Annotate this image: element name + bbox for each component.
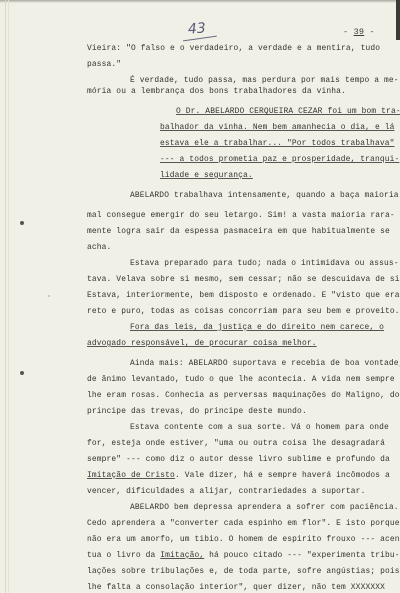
text-line: Fora das leis, da justiça e do direito n… xyxy=(130,323,384,333)
text-line: Estava contente com a sua sorte. Vá o ho… xyxy=(130,423,389,433)
text-line: Ainda mais: ABELARDO suportava e recebia… xyxy=(130,359,400,369)
text-line: não era um amorfo, um tibio. O homem de … xyxy=(87,535,400,545)
text-line: balhador da vinha. Nem bem amanhecia o d… xyxy=(160,123,395,133)
text-line: Estava preparado para tudo; nada o intim… xyxy=(130,259,399,269)
text-line: lhe eram rosas. Conhecia as perversas ma… xyxy=(87,391,400,401)
text-line: mal consegue emergir do seu letargo. Sim… xyxy=(87,211,395,221)
typed-page-number: - 39 - xyxy=(343,27,375,37)
page-number-prefix: - xyxy=(343,27,354,37)
text-line: Vieira: "O falso e o verdadeiro, a verda… xyxy=(87,44,380,54)
page-number-value: 39 xyxy=(354,27,365,37)
page-number-suffix: - xyxy=(364,27,375,37)
text-line: acha. xyxy=(87,243,111,253)
text-line: O Dr. ABELARDO CERQUEIRA CEZAR foi um bo… xyxy=(176,107,400,117)
text-line: estava ele a trabalhar... "Por todos tra… xyxy=(160,139,395,149)
page-left-edge xyxy=(5,0,6,593)
punch-hole-mark xyxy=(20,221,24,225)
text-line: advogado responsável, de procurar coisa … xyxy=(87,339,317,349)
text-line: for, esteja onde estiver, "uma ou outra … xyxy=(87,439,385,449)
text-line: vencer, dificuldades a alijar, contrarie… xyxy=(87,487,365,497)
scan-top-shadow xyxy=(0,0,400,3)
text-line: tava. Velava sobre si mesmo, sem cessar;… xyxy=(87,275,400,285)
text-line: ABELARDO trabalhava intensamente, quando… xyxy=(130,191,399,201)
scan-corner-shadow xyxy=(396,0,400,40)
text-line: É verdade, tudo passa, mas perdura por m… xyxy=(130,76,399,86)
page-left-edge-2 xyxy=(8,0,9,593)
handwritten-page-number: 43 xyxy=(187,20,206,37)
text-line: Cedo aprendera a "converter cada espinho… xyxy=(87,519,400,529)
text-line: lhe falta a consolação interior", quer d… xyxy=(87,583,385,593)
text-line: reto e puro, todas as coisas concorriam … xyxy=(87,307,400,317)
text-line: mória ou a lembrança dos bons trabalhado… xyxy=(87,87,346,97)
document-page: 43 - 39 - Vieira: "O falso e o verdadeir… xyxy=(0,0,400,593)
text-line: Estava, interiormente, bem disposto e or… xyxy=(87,291,400,301)
text-line: ABELARDO bem depressa aprendera a sofrer… xyxy=(130,503,399,513)
text-line: sempre" --- como diz o autor desse livro… xyxy=(87,455,390,465)
text-line: passa." xyxy=(87,60,121,70)
text-line: lidade e segurança. xyxy=(160,171,253,181)
text-line: de ânimo levantado, tudo o que lhe acont… xyxy=(87,375,395,385)
text-line: principe das trevas, do principe deste m… xyxy=(87,407,307,417)
text-line: mente logra sair da espessa pasmaceira e… xyxy=(87,227,390,237)
text-line: Imitação de Cristo. Vale dizer, há e sem… xyxy=(87,471,390,481)
paper-smudge xyxy=(48,295,50,297)
text-line: lações sobre tribulações e, de toda part… xyxy=(87,567,400,577)
text-line: tua o livro da Imitação, há pouco citado… xyxy=(87,551,400,561)
text-line: --- a todos prometia paz e prosperidade,… xyxy=(160,155,399,165)
punch-hole-mark xyxy=(20,371,24,375)
